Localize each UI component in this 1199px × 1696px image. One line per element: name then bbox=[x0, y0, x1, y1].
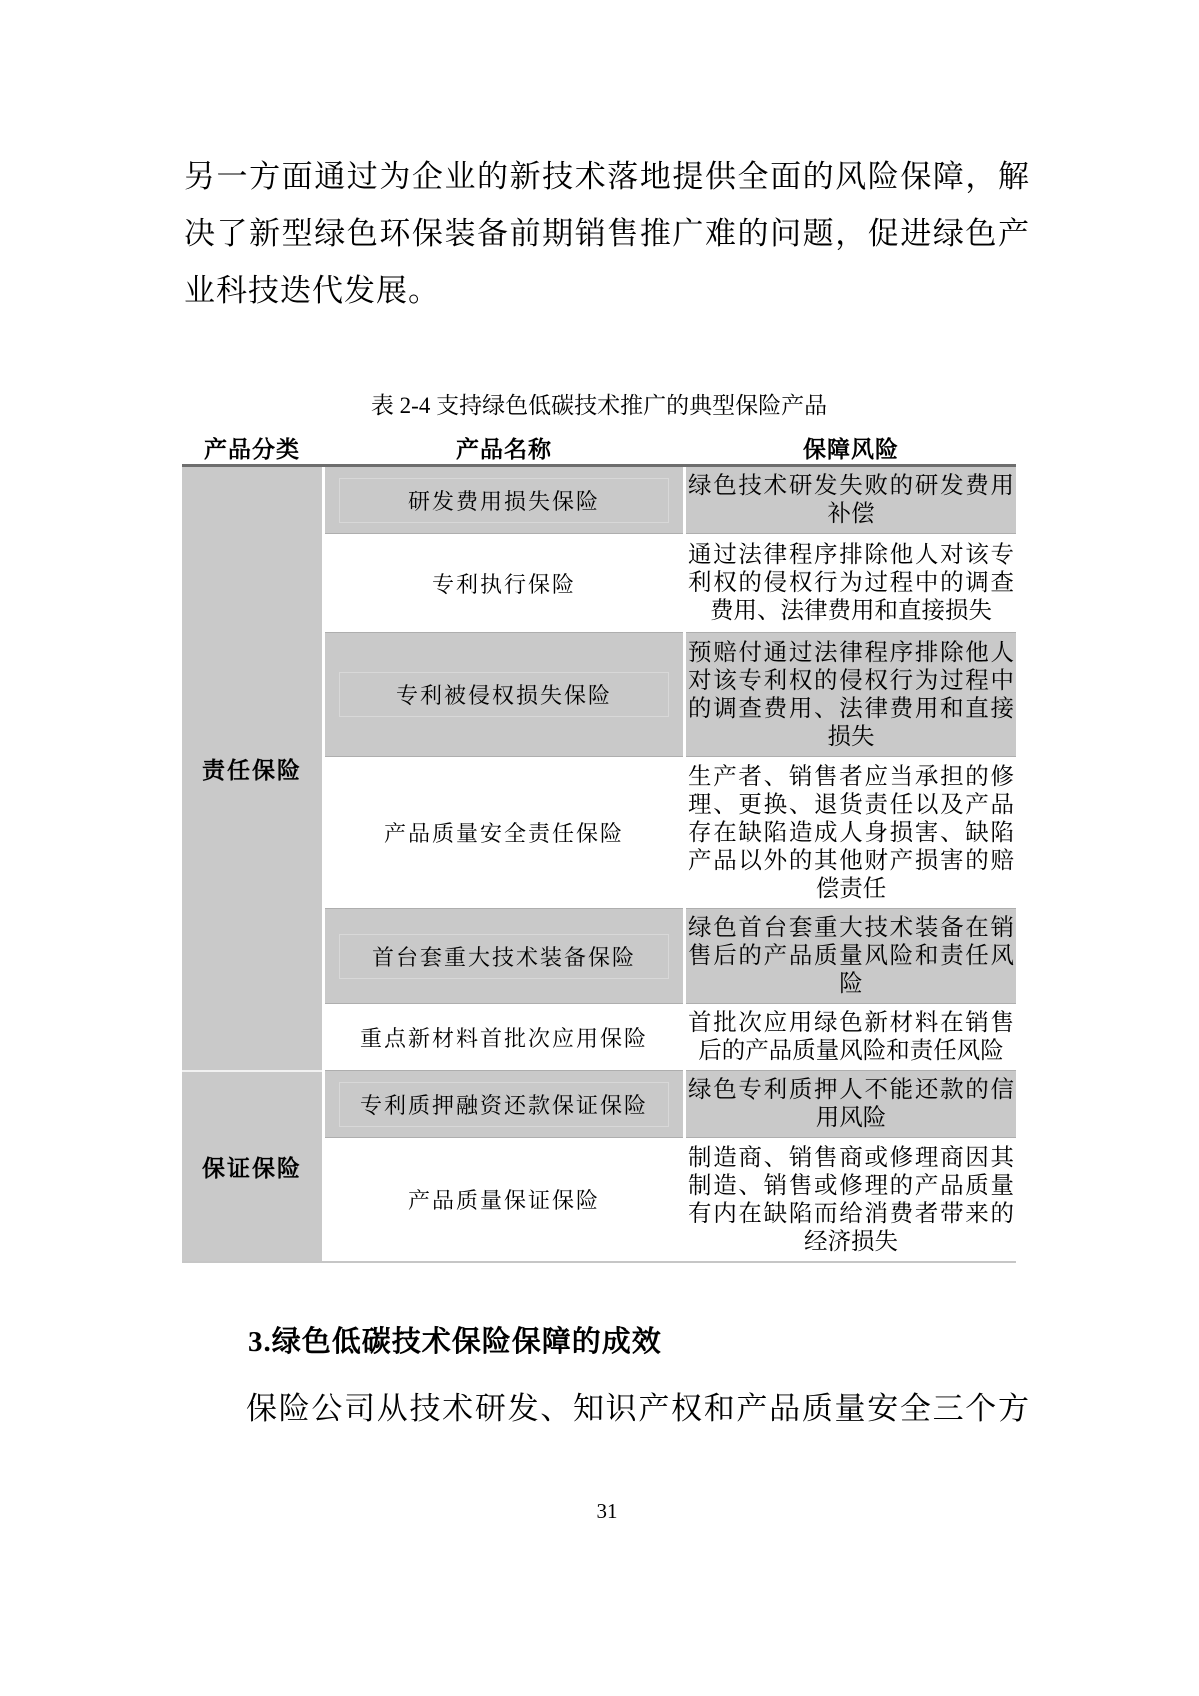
category-cell: 保证保险 bbox=[182, 1070, 322, 1261]
product-name-text: 研发费用损失保险 bbox=[339, 478, 669, 523]
risk-text: 绿色首台套重大技术装备在销售后的产品质量风险和责任风险 bbox=[688, 914, 1014, 998]
table-header-row: 产品分类 产品名称 保障风险 bbox=[182, 430, 1016, 464]
category-cell: 责任保险 bbox=[182, 467, 322, 1070]
risk-text: 通过法律程序排除他人对该专利权的侵权行为过程中的调查费用、法律费用和直接损失 bbox=[688, 541, 1014, 625]
risk-cell: 生产者、销售者应当承担的修理、更换、退货责任以及产品存在缺陷造成人身损害、缺陷产… bbox=[686, 756, 1016, 908]
col-header-product-name: 产品名称 bbox=[325, 431, 683, 464]
product-name-cell: 研发费用损失保险 bbox=[325, 467, 683, 533]
product-name-text: 专利被侵权损失保险 bbox=[339, 672, 669, 717]
product-name-cell: 首台套重大技术装备保险 bbox=[325, 908, 683, 1003]
product-name-cell: 产品质量保证保险 bbox=[325, 1137, 683, 1261]
document-page: 另一方面通过为企业的新技术落地提供全面的风险保障，解决了新型绿色环保装备前期销售… bbox=[0, 0, 1199, 1696]
risk-cell: 预赔付通过法律程序排除他人对该专利权的侵权行为过程中的调查费用、法律费用和直接损… bbox=[686, 632, 1016, 756]
product-name-cell: 专利被侵权损失保险 bbox=[325, 632, 683, 756]
product-name-cell: 重点新材料首批次应用保险 bbox=[325, 1003, 683, 1070]
risk-text: 制造商、销售商或修理商因其制造、销售或修理的产品质量有内在缺陷而给消费者带来的经… bbox=[688, 1144, 1014, 1256]
product-name-cell: 专利执行保险 bbox=[325, 533, 683, 632]
table-body: 责任保险研发费用损失保险绿色技术研发失败的研发费用补偿专利执行保险通过法律程序排… bbox=[182, 464, 1016, 1263]
bottom-paragraph: 保险公司从技术研发、知识产权和产品质量安全三个方 bbox=[184, 1384, 1030, 1434]
risk-text: 预赔付通过法律程序排除他人对该专利权的侵权行为过程中的调查费用、法律费用和直接损… bbox=[688, 639, 1014, 751]
risk-cell: 绿色专利质押人不能还款的信用风险 bbox=[686, 1070, 1016, 1137]
col-header-product-category: 产品分类 bbox=[182, 431, 322, 464]
insurance-products-table: 表 2-4 支持绿色低碳技术推广的典型保险产品 产品分类 产品名称 保障风险 责… bbox=[182, 391, 1016, 1263]
top-paragraph: 另一方面通过为企业的新技术落地提供全面的风险保障，解决了新型绿色环保装备前期销售… bbox=[184, 148, 1030, 319]
product-name-text: 首台套重大技术装备保险 bbox=[339, 934, 669, 979]
risk-text: 绿色技术研发失败的研发费用补偿 bbox=[688, 472, 1014, 528]
page-number: 31 bbox=[184, 1498, 1030, 1524]
risk-cell: 绿色技术研发失败的研发费用补偿 bbox=[686, 467, 1016, 533]
table-caption: 表 2-4 支持绿色低碳技术推广的典型保险产品 bbox=[182, 391, 1016, 421]
risk-cell: 制造商、销售商或修理商因其制造、销售或修理的产品质量有内在缺陷而给消费者带来的经… bbox=[686, 1137, 1016, 1261]
col-header-covered-risk: 保障风险 bbox=[686, 431, 1016, 464]
risk-text: 绿色专利质押人不能还款的信用风险 bbox=[688, 1076, 1014, 1132]
risk-cell: 通过法律程序排除他人对该专利权的侵权行为过程中的调查费用、法律费用和直接损失 bbox=[686, 533, 1016, 632]
risk-text: 生产者、销售者应当承担的修理、更换、退货责任以及产品存在缺陷造成人身损害、缺陷产… bbox=[688, 763, 1014, 903]
risk-cell: 绿色首台套重大技术装备在销售后的产品质量风险和责任风险 bbox=[686, 908, 1016, 1003]
section-heading: 3.绿色低碳技术保险保障的成效 bbox=[184, 1320, 1030, 1364]
risk-text: 首批次应用绿色新材料在销售后的产品质量风险和责任风险 bbox=[688, 1009, 1014, 1065]
risk-cell: 首批次应用绿色新材料在销售后的产品质量风险和责任风险 bbox=[686, 1003, 1016, 1070]
product-name-cell: 产品质量安全责任保险 bbox=[325, 756, 683, 908]
product-name-cell: 专利质押融资还款保证保险 bbox=[325, 1070, 683, 1137]
product-name-text: 专利质押融资还款保证保险 bbox=[339, 1082, 669, 1127]
